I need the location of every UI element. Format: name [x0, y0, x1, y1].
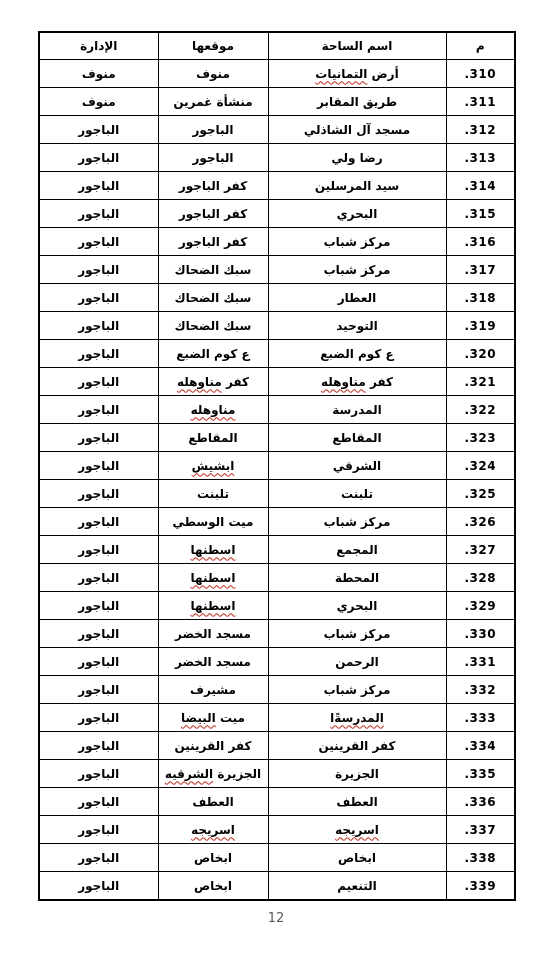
cell-num: 334.	[446, 732, 515, 760]
cell-location: المقاطع	[158, 424, 268, 452]
cell-admin: الباجور	[39, 704, 158, 732]
cell-admin: الباجور	[39, 676, 158, 704]
cell-num: 317.	[446, 256, 515, 284]
cell-name: طريق المقابر	[268, 88, 446, 116]
text-segment: التنعيم	[337, 879, 377, 893]
cell-num: 330.	[446, 620, 515, 648]
text-segment: الباجور	[192, 151, 233, 165]
cell-location: ابخاص	[158, 872, 268, 901]
table-row: 330.مركز شبابمسجد الخضرالباجور	[39, 620, 515, 648]
table-row: 326.مركز شبابميت الوسطيالباجور	[39, 508, 515, 536]
cell-name: التنعيم	[268, 872, 446, 901]
cell-num: 335.	[446, 760, 515, 788]
cell-location: سبك الضحاك	[158, 256, 268, 284]
cell-name: البحري	[268, 592, 446, 620]
text-segment: سيد المرسلين	[315, 179, 399, 193]
page-number: 12	[0, 911, 552, 926]
table-row: 338.ابخاصابخاصالباجور	[39, 844, 515, 872]
misspelled-word: اسريجه	[191, 823, 235, 837]
cell-admin: الباجور	[39, 340, 158, 368]
cell-name: ع كوم الضبع	[268, 340, 446, 368]
column-header-admin: الإدارة	[39, 32, 158, 60]
text-segment: سبك الضحاك	[175, 263, 252, 277]
cell-name: ابخاص	[268, 844, 446, 872]
table-row: 325.تلبنتتلبنتالباجور	[39, 480, 515, 508]
text-segment: مسجد الخضر	[175, 655, 251, 669]
cell-admin: منوف	[39, 60, 158, 88]
cell-admin: الباجور	[39, 200, 158, 228]
cell-admin: الباجور	[39, 760, 158, 788]
cell-name: المدرسةًا	[268, 704, 446, 732]
cell-name: مركز شباب	[268, 508, 446, 536]
text-segment: مركز شباب	[324, 515, 391, 529]
cell-num: 319.	[446, 312, 515, 340]
table-row: 319.التوحيدسبك الضحاكالباجور	[39, 312, 515, 340]
cell-num: 332.	[446, 676, 515, 704]
cell-name: اسريجه	[268, 816, 446, 844]
table-row: 322.المدرسةمناوهلهالباجور	[39, 396, 515, 424]
table-row: 314.سيد المرسلينكفر الباجورالباجور	[39, 172, 515, 200]
cell-location: سبك الضحاك	[158, 284, 268, 312]
cell-name: العطف	[268, 788, 446, 816]
table-row: 316.مركز شبابكفر الباجورالباجور	[39, 228, 515, 256]
text-segment: مركز شباب	[324, 627, 391, 641]
misspelled-word: الشرقيه	[165, 767, 213, 781]
cell-admin: الباجور	[39, 172, 158, 200]
cell-admin: الباجور	[39, 480, 158, 508]
table-row: 336.العطفالعطفالباجور	[39, 788, 515, 816]
text-segment: كفر	[366, 375, 393, 389]
text-segment: منوف	[196, 67, 230, 81]
text-segment: كفر الباجور	[179, 179, 247, 193]
text-segment: الشرقي	[333, 459, 381, 473]
text-segment: مركز شباب	[324, 235, 391, 249]
text-segment: البحري	[337, 207, 378, 221]
table-row: 317.مركز شبابسبك الضحاكالباجور	[39, 256, 515, 284]
cell-name: المدرسة	[268, 396, 446, 424]
cell-num: 318.	[446, 284, 515, 312]
cell-location: ابخاص	[158, 844, 268, 872]
cell-admin: الباجور	[39, 284, 158, 312]
text-segment: المقاطع	[188, 431, 237, 445]
table-row: 315.البحريكفر الباجورالباجور	[39, 200, 515, 228]
cell-num: 321.	[446, 368, 515, 396]
cell-admin: الباجور	[39, 620, 158, 648]
cell-admin: الباجور	[39, 816, 158, 844]
cell-name: كفر مناوهله	[268, 368, 446, 396]
table-row: 318.العطارسبك الضحاكالباجور	[39, 284, 515, 312]
cell-admin: الباجور	[39, 648, 158, 676]
text-segment: المدرسة	[332, 403, 382, 417]
cell-admin: الباجور	[39, 368, 158, 396]
text-segment: كفر الباجور	[179, 207, 247, 221]
text-segment: مركز شباب	[324, 683, 391, 697]
text-segment: الجزيرة	[213, 767, 261, 781]
column-header-num: م	[446, 32, 515, 60]
text-segment: البحري	[337, 599, 378, 613]
text-segment: المحطة	[335, 571, 379, 585]
text-segment: مشيرف	[190, 683, 236, 697]
cell-name: المحطة	[268, 564, 446, 592]
text-segment: العطف	[336, 795, 377, 809]
table-row: 313.رضا وليالباجورالباجور	[39, 144, 515, 172]
cell-num: 311.	[446, 88, 515, 116]
cell-location: العطف	[158, 788, 268, 816]
cell-admin: الباجور	[39, 452, 158, 480]
table-body: 310.أرض التمانياتمنوفمنوف311.طريق المقاب…	[39, 60, 515, 901]
cell-num: 320.	[446, 340, 515, 368]
text-segment: ميت الوسطي	[173, 515, 254, 529]
text-segment: الجزيرة	[335, 767, 379, 781]
cell-num: 326.	[446, 508, 515, 536]
cell-num: 337.	[446, 816, 515, 844]
text-segment: سبك الضحاك	[175, 291, 252, 305]
cell-name: العطار	[268, 284, 446, 312]
cell-location: منوف	[158, 60, 268, 88]
cell-num: 339.	[446, 872, 515, 901]
cell-location: ميت البيضا	[158, 704, 268, 732]
cell-location: سبك الضحاك	[158, 312, 268, 340]
cell-num: 316.	[446, 228, 515, 256]
cell-name: أرض التمانيات	[268, 60, 446, 88]
misspelled-word: ابشيش	[192, 459, 235, 473]
cell-name: تلبنت	[268, 480, 446, 508]
cell-num: 338.	[446, 844, 515, 872]
cell-location: كفر الباجور	[158, 200, 268, 228]
cell-location: كفر الباجور	[158, 172, 268, 200]
cell-admin: منوف	[39, 88, 158, 116]
cell-num: 333.	[446, 704, 515, 732]
cell-name: رضا ولي	[268, 144, 446, 172]
text-segment: العطار	[338, 291, 377, 305]
cell-name: مركز شباب	[268, 256, 446, 284]
misspelled-word: اسطنها	[191, 543, 236, 557]
column-header-location: موقعها	[158, 32, 268, 60]
cell-admin: الباجور	[39, 424, 158, 452]
text-segment: مسجد الخضر	[175, 627, 251, 641]
text-segment: ابخاص	[194, 879, 232, 893]
document-page: ماسم الساحةموقعهاالإدارة 310.أرض التماني…	[0, 0, 552, 978]
misspelled-word: البيضا	[181, 711, 216, 725]
cell-location: مناوهله	[158, 396, 268, 424]
cell-name: مركز شباب	[268, 228, 446, 256]
cell-num: 329.	[446, 592, 515, 620]
cell-admin: الباجور	[39, 508, 158, 536]
text-segment: التوحيد	[336, 319, 378, 333]
cell-admin: الباجور	[39, 872, 158, 901]
text-segment: تلبنت	[197, 487, 229, 501]
cell-name: مسجد آل الشاذلي	[268, 116, 446, 144]
cell-name: سيد المرسلين	[268, 172, 446, 200]
misspelled-word: مناوهله	[321, 375, 366, 389]
cell-num: 314.	[446, 172, 515, 200]
cell-admin: الباجور	[39, 732, 158, 760]
cell-name: الجزيرة	[268, 760, 446, 788]
cell-location: ميت الوسطي	[158, 508, 268, 536]
table-row: 312.مسجد آل الشاذليالباجورالباجور	[39, 116, 515, 144]
misspelled-word: اسريجه	[335, 823, 379, 837]
text-segment: ابخاص	[194, 851, 232, 865]
cell-location: تلبنت	[158, 480, 268, 508]
cell-location: مسجد الخضر	[158, 648, 268, 676]
misspelled-word: مناوهله	[177, 375, 222, 389]
text-segment: سبك الضحاك	[175, 319, 252, 333]
table-row: 339.التنعيمابخاصالباجور	[39, 872, 515, 901]
cell-location: كفر القرينين	[158, 732, 268, 760]
table-row: 320.ع كوم الضبعع كوم الضبعالباجور	[39, 340, 515, 368]
table-row: 311.طريق المقابرمنشأة غمرينمنوف	[39, 88, 515, 116]
cell-admin: الباجور	[39, 228, 158, 256]
locations-table: ماسم الساحةموقعهاالإدارة 310.أرض التماني…	[38, 31, 516, 901]
cell-num: 328.	[446, 564, 515, 592]
cell-admin: الباجور	[39, 536, 158, 564]
cell-num: 322.	[446, 396, 515, 424]
column-header-name: اسم الساحة	[268, 32, 446, 60]
misspelled-word: المدرسةًا	[330, 711, 384, 725]
table-row: 324.الشرقيابشيشالباجور	[39, 452, 515, 480]
text-segment: ميت	[216, 711, 245, 725]
table-row: 337.اسريجهاسريجهالباجور	[39, 816, 515, 844]
table-row: 329.البحرياسطنهاالباجور	[39, 592, 515, 620]
text-segment: رضا ولي	[331, 151, 382, 165]
table-row: 332.مركز شبابمشيرفالباجور	[39, 676, 515, 704]
cell-admin: الباجور	[39, 844, 158, 872]
misspelled-word: اسطنها	[191, 571, 236, 585]
cell-location: اسريجه	[158, 816, 268, 844]
cell-name: مركز شباب	[268, 676, 446, 704]
cell-location: مسجد الخضر	[158, 620, 268, 648]
cell-location: اسطنها	[158, 592, 268, 620]
cell-location: ع كوم الضبع	[158, 340, 268, 368]
cell-admin: الباجور	[39, 116, 158, 144]
text-segment: الباجور	[192, 123, 233, 137]
table-row: 328.المحطةاسطنهاالباجور	[39, 564, 515, 592]
cell-admin: الباجور	[39, 396, 158, 424]
text-segment: مسجد آل الشاذلي	[304, 123, 410, 137]
table-row: 321.كفر مناوهلهكفر مناوهلهالباجور	[39, 368, 515, 396]
cell-admin: الباجور	[39, 256, 158, 284]
table-row: 335.الجزيرةالجزيرة الشرقيهالباجور	[39, 760, 515, 788]
cell-name: المقاطع	[268, 424, 446, 452]
cell-name: المجمع	[268, 536, 446, 564]
cell-location: اسطنها	[158, 564, 268, 592]
cell-admin: الباجور	[39, 564, 158, 592]
cell-location: الباجور	[158, 116, 268, 144]
cell-location: كفر مناوهله	[158, 368, 268, 396]
table-row: 327.المجمعاسطنهاالباجور	[39, 536, 515, 564]
cell-admin: الباجور	[39, 312, 158, 340]
text-segment: كفر القرينين	[318, 739, 395, 753]
cell-num: 327.	[446, 536, 515, 564]
cell-num: 336.	[446, 788, 515, 816]
text-segment: العطف	[192, 795, 233, 809]
text-segment: منشأة غمرين	[173, 95, 252, 109]
cell-name: البحري	[268, 200, 446, 228]
cell-num: 310.	[446, 60, 515, 88]
cell-location: ابشيش	[158, 452, 268, 480]
cell-name: الرحمن	[268, 648, 446, 676]
text-segment: ع كوم الضبع	[176, 347, 249, 361]
table-row: 331.الرحمنمسجد الخضرالباجور	[39, 648, 515, 676]
cell-num: 312.	[446, 116, 515, 144]
cell-admin: الباجور	[39, 144, 158, 172]
table-row: 333.المدرسةًاميت البيضاالباجور	[39, 704, 515, 732]
cell-admin: الباجور	[39, 788, 158, 816]
cell-name: كفر القرينين	[268, 732, 446, 760]
text-segment: كفر القرينين	[174, 739, 251, 753]
misspelled-word: مناوهله	[191, 403, 236, 417]
header-row: ماسم الساحةموقعهاالإدارة	[39, 32, 515, 60]
cell-num: 331.	[446, 648, 515, 676]
cell-num: 324.	[446, 452, 515, 480]
cell-name: التوحيد	[268, 312, 446, 340]
cell-admin: الباجور	[39, 592, 158, 620]
text-segment: الرحمن	[335, 655, 379, 669]
text-segment: تلبنت	[341, 487, 373, 501]
text-segment: مركز شباب	[324, 263, 391, 277]
cell-location: الباجور	[158, 144, 268, 172]
cell-num: 323.	[446, 424, 515, 452]
cell-num: 325.	[446, 480, 515, 508]
text-segment: ع كوم الضبع	[320, 347, 393, 361]
cell-location: اسطنها	[158, 536, 268, 564]
cell-location: مشيرف	[158, 676, 268, 704]
cell-name: مركز شباب	[268, 620, 446, 648]
cell-name: الشرقي	[268, 452, 446, 480]
text-segment: طريق المقابر	[317, 95, 397, 109]
table-row: 334.كفر القرينينكفر القرينينالباجور	[39, 732, 515, 760]
text-segment: المقاطع	[332, 431, 381, 445]
table-row: 310.أرض التمانياتمنوفمنوف	[39, 60, 515, 88]
text-segment: ابخاص	[338, 851, 376, 865]
cell-location: الجزيرة الشرقيه	[158, 760, 268, 788]
text-segment: أرض	[367, 67, 398, 81]
text-segment: كفر	[222, 375, 249, 389]
text-segment: كفر الباجور	[179, 235, 247, 249]
misspelled-word: اسطنها	[191, 599, 236, 613]
cell-num: 315.	[446, 200, 515, 228]
table-row: 323.المقاطعالمقاطعالباجور	[39, 424, 515, 452]
cell-location: منشأة غمرين	[158, 88, 268, 116]
cell-num: 313.	[446, 144, 515, 172]
text-segment: المجمع	[336, 543, 378, 557]
cell-location: كفر الباجور	[158, 228, 268, 256]
misspelled-word: التمانيات	[315, 67, 367, 81]
